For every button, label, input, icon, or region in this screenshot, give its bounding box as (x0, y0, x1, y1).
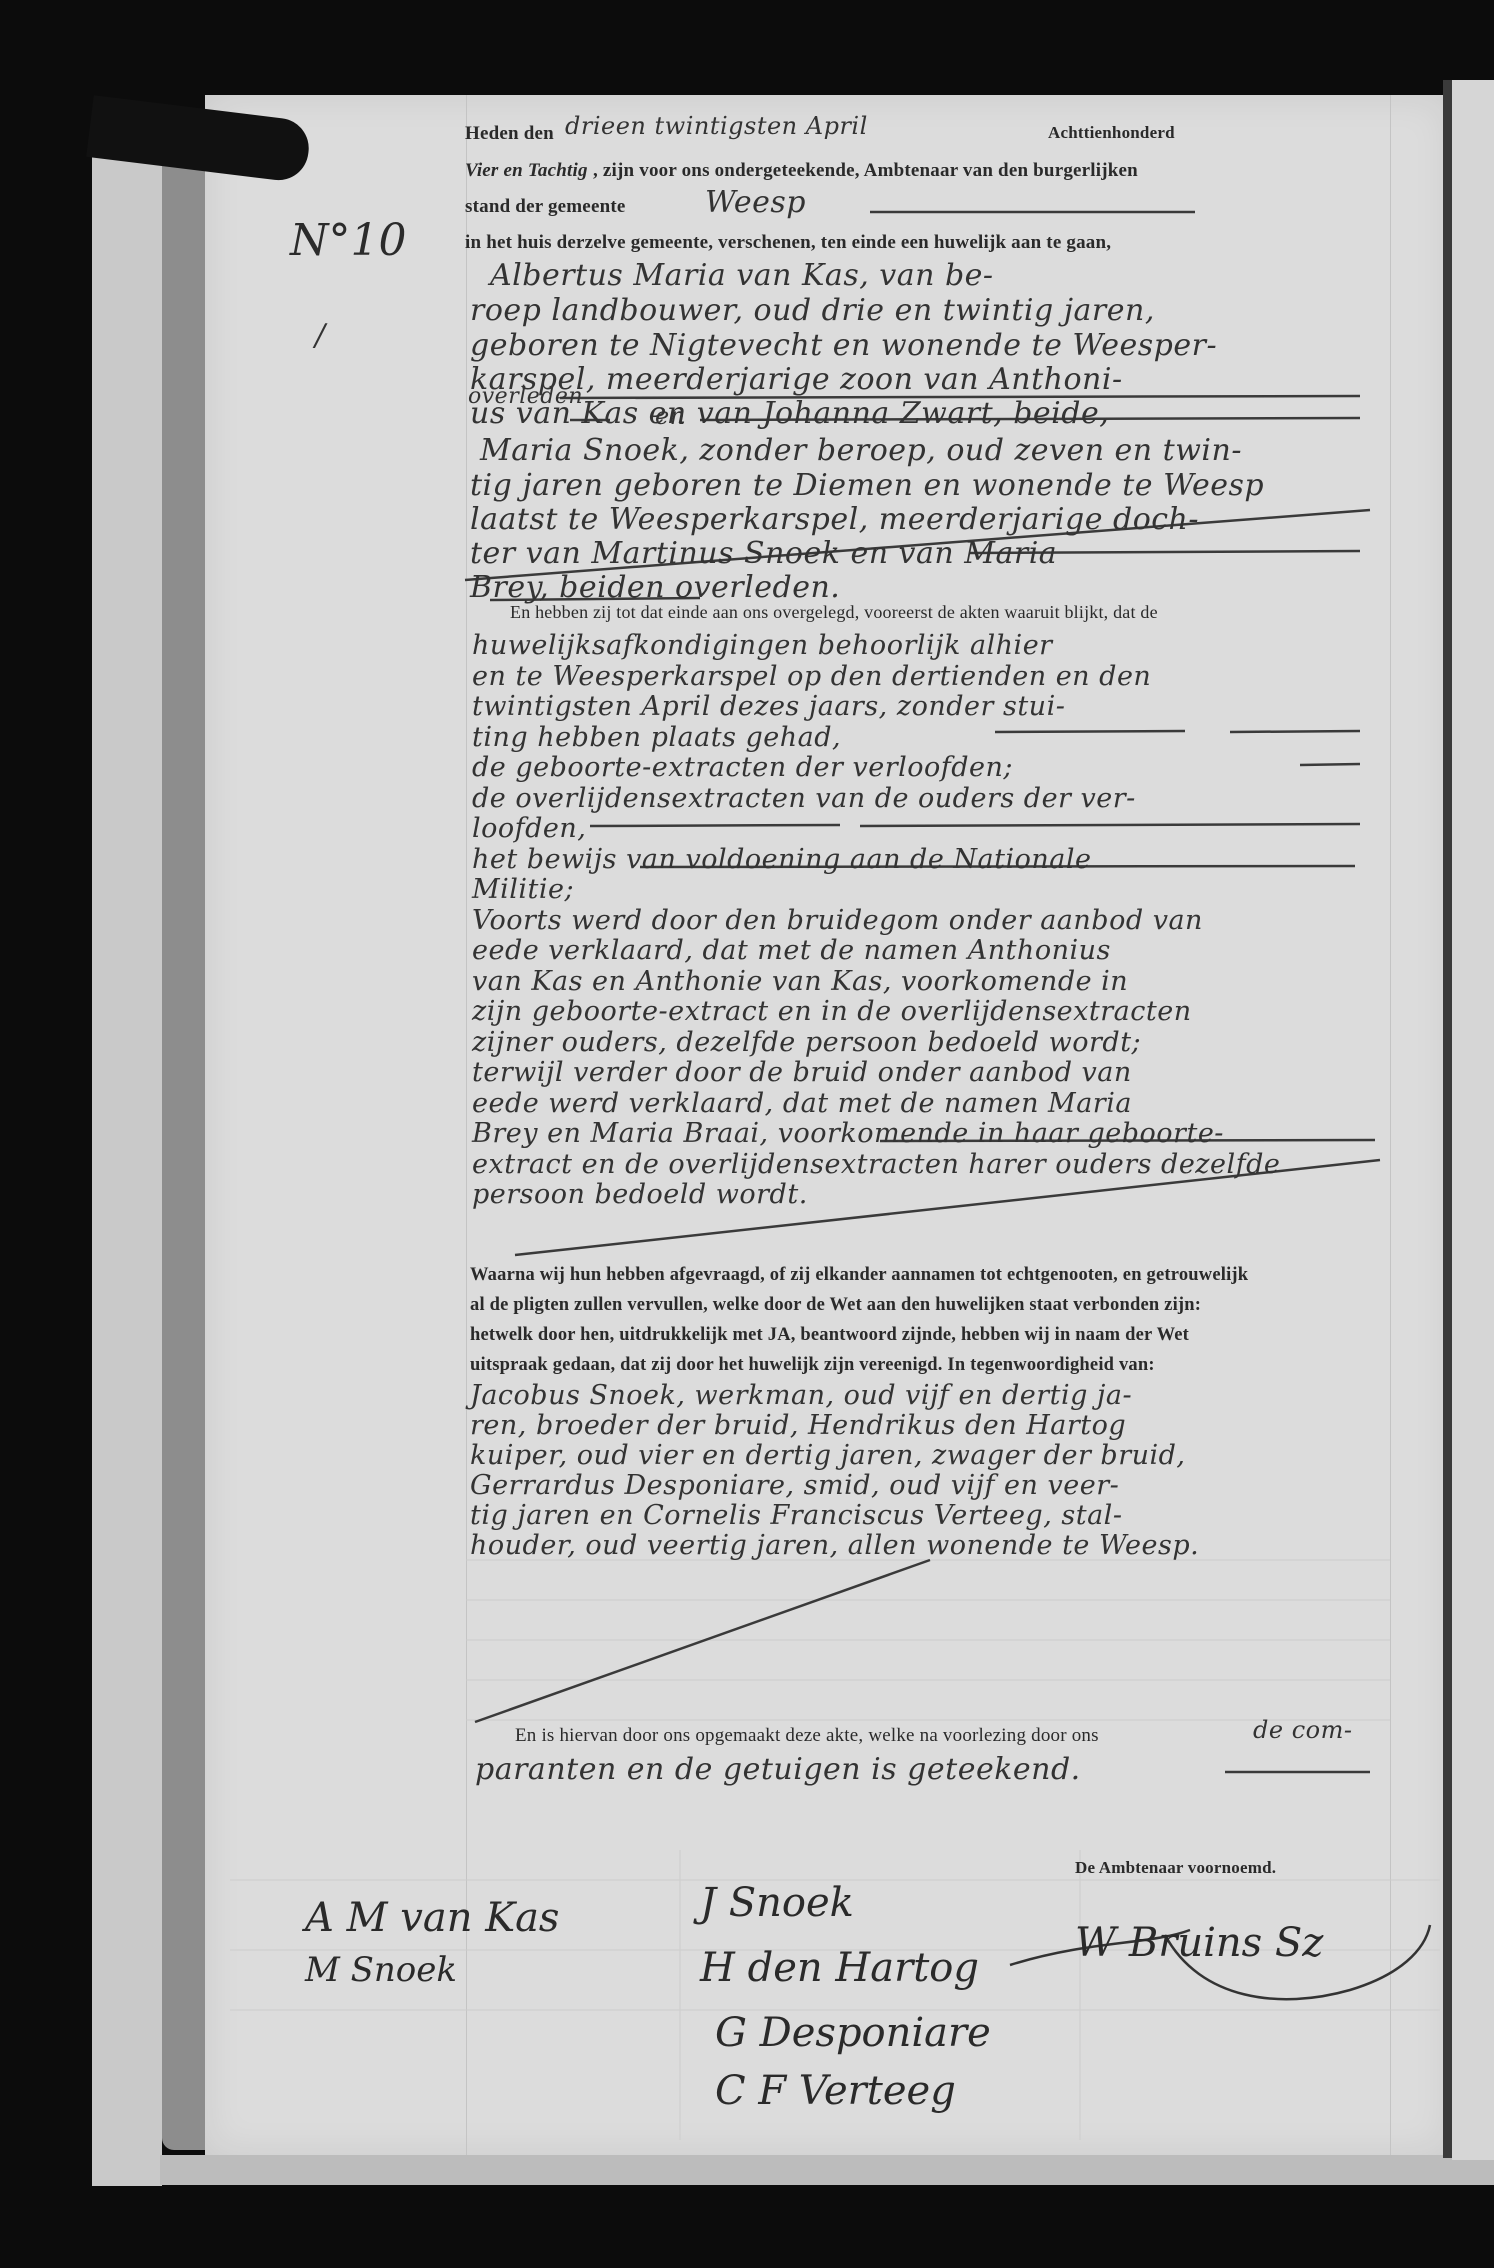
facing-page-edge (1452, 80, 1494, 2160)
witness-line: Jacobus Snoek, werkman, oud vijf en dert… (470, 1380, 1132, 1411)
margin-rule (466, 95, 467, 2155)
document-line: zijner ouders, dezelfde persoon bedoeld … (472, 1027, 1141, 1058)
document-line: eede werd verklaard, dat met de namen Ma… (472, 1088, 1132, 1119)
document-line: loofden, (472, 813, 586, 844)
margin-mark: / (315, 318, 326, 353)
document-line: van Kas en Anthonie van Kas, voorkomende… (472, 966, 1128, 997)
ceremony-printed-line: Waarna wij hun hebben afgevraagd, of zij… (470, 1265, 1248, 1286)
groom-line: roep landbouwer, oud drie en twintig jar… (470, 293, 1155, 328)
document-line: Voorts werd door den bruidegom onder aan… (472, 905, 1203, 936)
record-number: N°10 (290, 215, 407, 266)
document-line: de overlijdensextracten van de ouders de… (472, 783, 1136, 814)
groom-line: geboren te Nigtevecht en wonende te Wees… (470, 328, 1217, 363)
bride-line: laatst te Weesperkarspel, meerderjarige … (470, 502, 1199, 537)
witness-line: ren, broeder der bruid, Hendrikus den Ha… (470, 1410, 1126, 1441)
closing-printed: En is hiervan door ons opgemaakt deze ak… (515, 1725, 1099, 1747)
document-line: extract en de overlijdensextracten harer… (472, 1149, 1280, 1180)
page-gutter (1443, 80, 1452, 2158)
witness-line: kuiper, oud vier en dertig jaren, zwager… (470, 1440, 1186, 1471)
document-line: zijn geboorte-extract en in de overlijde… (472, 996, 1192, 1027)
document-line: terwijl verder door de bruid onder aanbo… (472, 1057, 1132, 1088)
signature-witness: H den Hartog (700, 1945, 979, 1991)
year-printed-2: Vier en Tachtig (465, 160, 588, 182)
groom-line: Albertus Maria van Kas, van be- (490, 258, 994, 293)
ceremony-printed-line: al de pligten zullen vervullen, welke do… (470, 1295, 1201, 1316)
heden-den-label: Heden den (465, 123, 554, 145)
signature-groom: A M van Kas (305, 1895, 559, 1941)
connector-en: en (655, 402, 686, 430)
witness-line: Gerrardus Desponiare, smid, oud vijf en … (470, 1470, 1119, 1501)
document-line: de geboorte-extracten der verloofden; (472, 752, 1013, 783)
document-line: het bewijs van voldoening aan de Nationa… (472, 844, 1091, 875)
municipality-handwritten: Weesp (705, 185, 806, 220)
date-handwritten: drieen twintigsten April (565, 112, 868, 140)
document-line: en te Weesperkarspel op den dertienden e… (472, 661, 1151, 692)
bride-line: tig jaren geboren te Diemen en wonende t… (470, 468, 1264, 503)
official-label: De Ambtenaar voornoemd. (1075, 1858, 1276, 1878)
gemeente-label: stand der gemeente (465, 196, 626, 218)
documents-intro: En hebben zij tot dat einde aan ons over… (510, 602, 1158, 623)
bride-line: ter van Martinus Snoek en van Maria (470, 536, 1057, 571)
signature-bride: M Snoek (305, 1950, 457, 1990)
document-line: twintigsten April dezes jaars, zonder st… (472, 691, 1065, 722)
closing-handwritten-line: paranten en de getuigen is geteekend. (475, 1752, 1081, 1787)
document-line: Militie; (472, 874, 574, 905)
document-line: Brey en Maria Braai, voorkomende in haar… (472, 1118, 1224, 1149)
document-line: huwelijksafkondigingen behoorlijk alhier (472, 630, 1053, 661)
signature-witness: J Snoek (700, 1880, 854, 1926)
groom-line: overleden (468, 384, 583, 409)
ceremony-printed-line: hetwelk door hen, uitdrukkelijk met JA, … (470, 1325, 1189, 1346)
binding-shadow (162, 150, 208, 2150)
ceremony-printed-line: uitspraak gedaan, dat zij door het huwel… (470, 1355, 1155, 1376)
margin-rule-right (1390, 95, 1391, 2155)
binding-strip (92, 138, 162, 2186)
scanned-document: N°10 / Heden den drieen twintigsten Apri… (0, 0, 1494, 2268)
year-printed-1: Achttienhonderd (1048, 123, 1175, 143)
bride-line: Maria Snoek, zonder beroep, oud zeven en… (480, 433, 1242, 468)
document-line: ting hebben plaats gehad, (472, 722, 841, 753)
document-line: persoon bedoeld wordt. (472, 1179, 808, 1210)
bride-line: Brey, beiden overleden. (470, 570, 840, 605)
signature-witness: C F Verteeg (715, 2068, 956, 2114)
witness-line: houder, oud veertig jaren, allen wonende… (470, 1530, 1199, 1561)
header-line-2: , zijn voor ons ondergeteekende, Ambtena… (593, 160, 1138, 182)
witness-line: tig jaren en Cornelis Franciscus Verteeg… (470, 1500, 1122, 1531)
closing-handwritten-inline: de com- (1253, 1716, 1352, 1744)
page-edge-bottom (160, 2155, 1494, 2185)
header-line-4: in het huis derzelve gemeente, verschene… (465, 232, 1111, 254)
signature-official: W Bruins Sz (1075, 1920, 1323, 1966)
document-line: eede verklaard, dat met de namen Anthoni… (472, 935, 1111, 966)
signature-witness: G Desponiare (715, 2010, 991, 2056)
